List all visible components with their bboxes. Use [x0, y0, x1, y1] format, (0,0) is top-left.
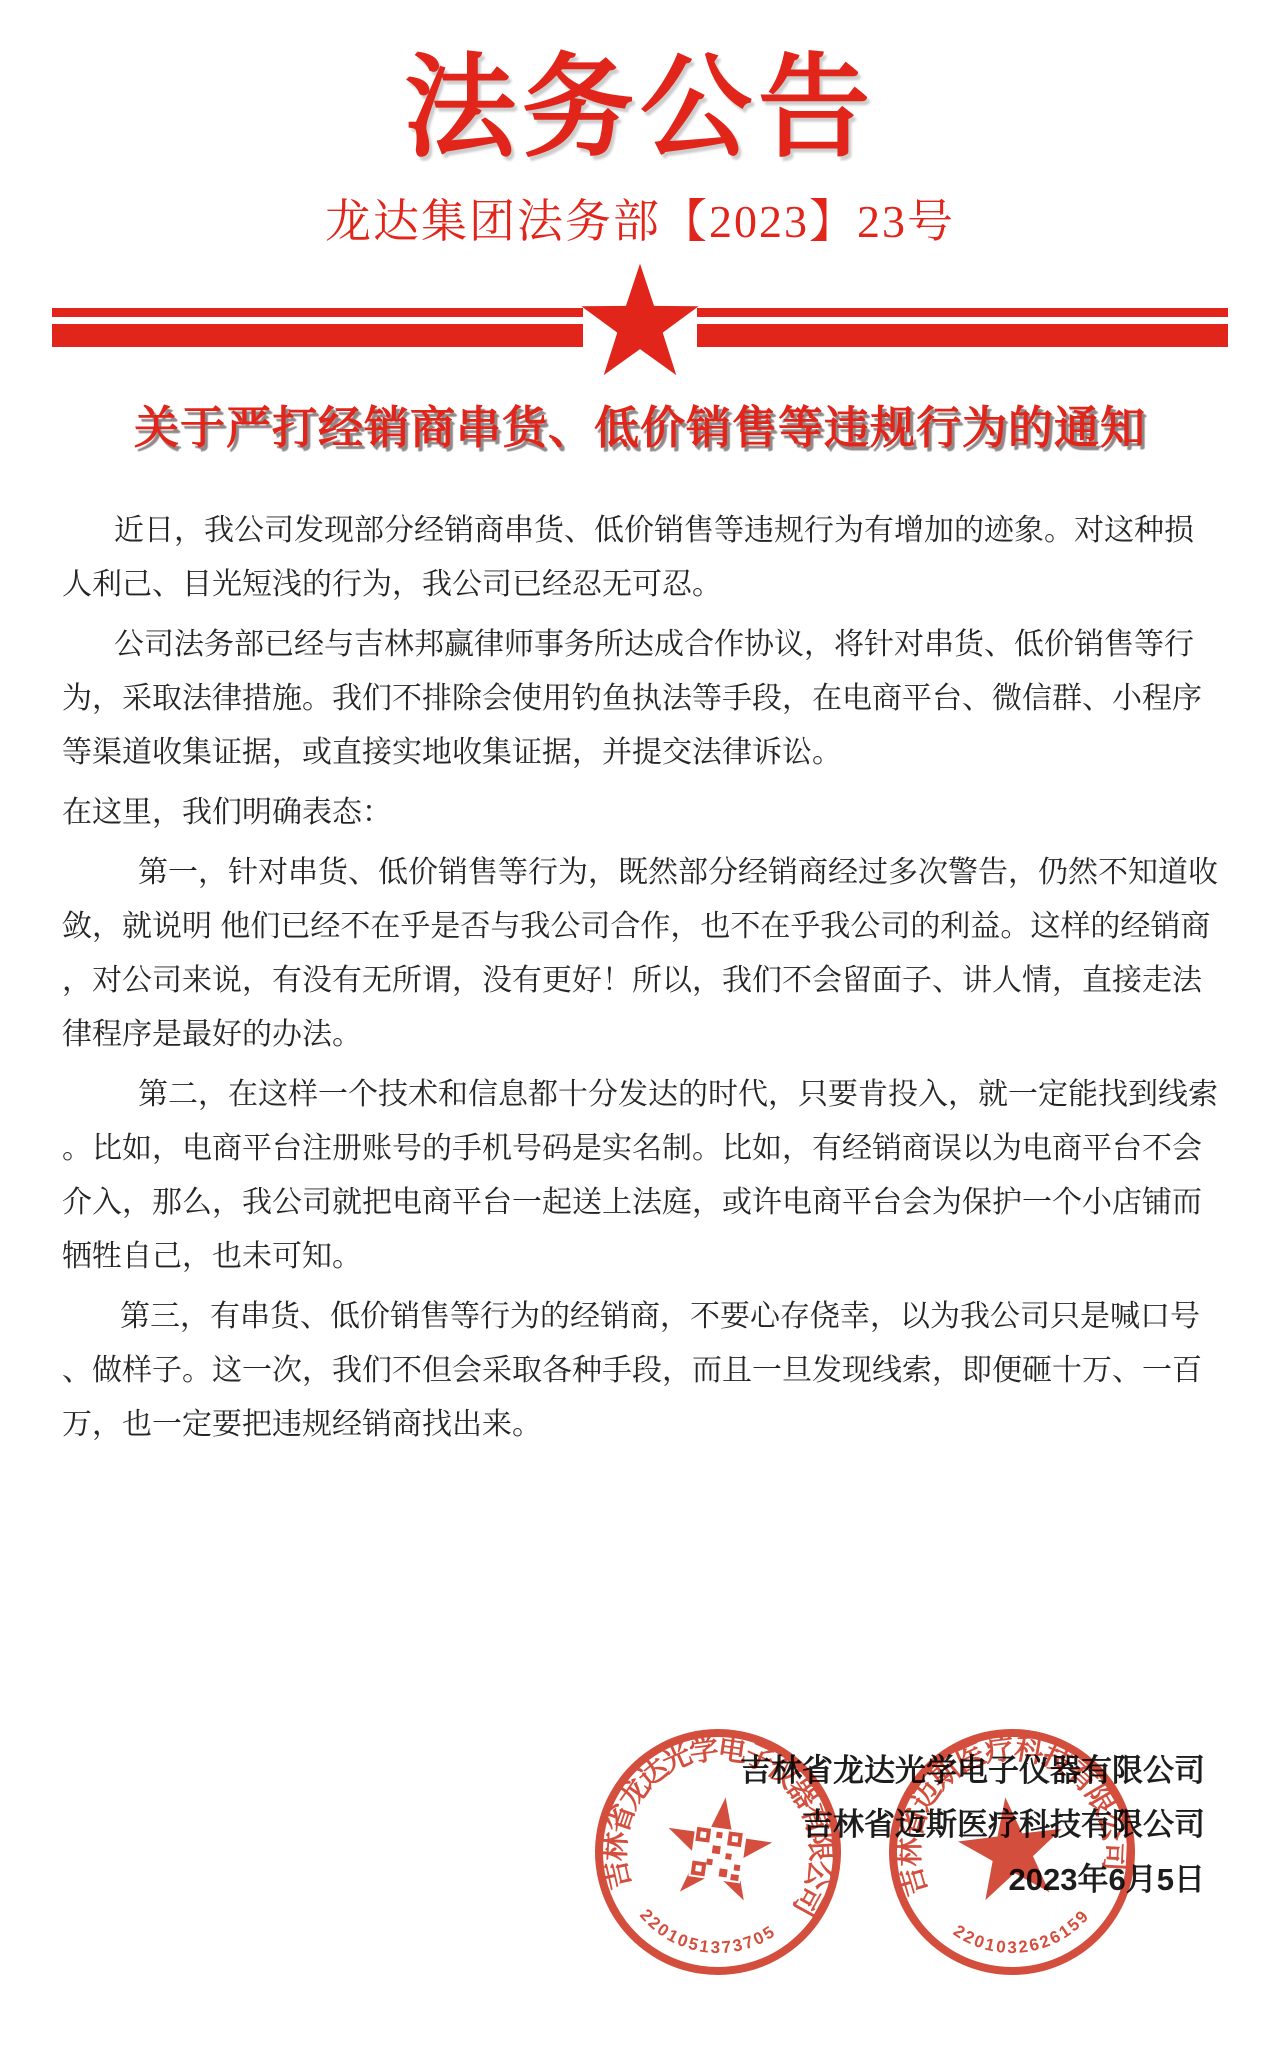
stamp-star-icon [953, 1791, 1069, 1903]
paragraph-4: 第一，针对串货、低价销售等行为，既然部分经销商经过多次警告，仍然不知道收敛，就说… [62, 846, 1218, 1062]
star-icon [571, 256, 709, 394]
qr-pattern [688, 1825, 747, 1884]
star-divider [52, 308, 1228, 348]
paragraph-1: 近日，我公司发现部分经销商串货、低价销售等违规行为有增加的迹象。对这种损人利己、… [62, 504, 1218, 612]
divider-thin-bar [52, 308, 583, 317]
notice-heading: 关于严打经销商串货、低价销售等违规行为的通知 [40, 398, 1240, 458]
notice-title: 法务公告 [0, 42, 1280, 174]
legal-notice-document: 法务公告 龙达集团法务部【2023】23号 关于严打经销商串货、低价销售等违规行… [0, 0, 1280, 2064]
paragraph-6: 第三，有串货、低价销售等行为的经销商，不要心存侥幸，以为我公司只是喊口号、做样子… [62, 1290, 1218, 1452]
paragraph-5: 第二，在这样一个技术和信息都十分发达的时代，只要肯投入，就一定能找到线索。比如，… [62, 1068, 1218, 1284]
divider-thin-bar [697, 308, 1228, 317]
doc-number: 龙达集团法务部【2023】23号 [0, 192, 1280, 252]
divider-lines-right [697, 308, 1228, 347]
paragraph-3: 在这里，我们明确表态： [62, 786, 1218, 840]
notice-body: 近日，我公司发现部分经销商串货、低价销售等违规行为有增加的迹象。对这种损人利己、… [62, 504, 1218, 1452]
divider-lines-left [52, 308, 583, 347]
divider-thick-bar [697, 324, 1228, 347]
company-stamp-maisi: 吉林省迈斯医疗科技有限公司 2201032626159 [870, 1710, 1153, 1993]
divider-thick-bar [52, 324, 583, 347]
paragraph-2: 公司法务部已经与吉林邦赢律师事务所达成合作协议，将针对串货、低价销售等行为，采取… [62, 618, 1218, 780]
company-stamp-longda: 吉林省龙达光学电子仪器有限公司 2201051373705 [575, 1709, 862, 1996]
